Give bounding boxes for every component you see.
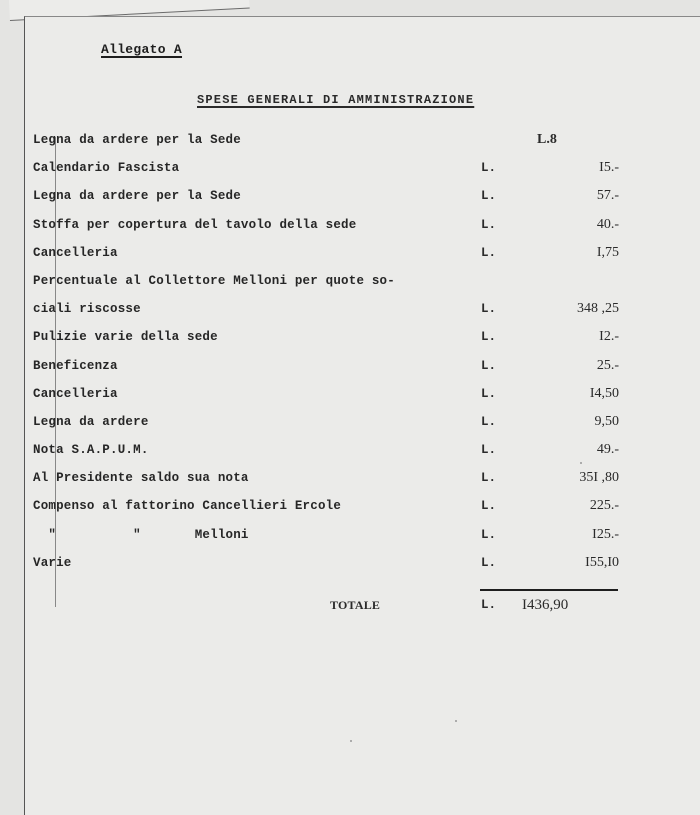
expense-currency: L. <box>481 300 496 318</box>
expense-description: Legna da ardere per la Sede <box>33 187 241 205</box>
expense-row: CancelleriaL.I,75 <box>33 244 673 272</box>
expense-currency: L. <box>481 554 496 572</box>
expense-currency: L. <box>481 187 496 205</box>
expense-amount: 225.- <box>523 497 619 515</box>
expense-amount: I2.- <box>523 328 619 346</box>
expense-description: Nota S.A.P.U.M. <box>33 441 149 459</box>
expense-row: ciali riscosseL.348 ,25 <box>33 300 673 328</box>
expense-description: Percentuale al Collettore Melloni per qu… <box>33 272 395 290</box>
expense-amount: 57.- <box>523 187 619 205</box>
expense-currency: L. <box>481 159 496 177</box>
expense-description: ciali riscosse <box>33 300 141 318</box>
expense-amount: 40.- <box>523 216 619 234</box>
expense-amount: I25.- <box>523 526 619 544</box>
expense-amount: 9,50 <box>523 413 619 431</box>
expense-description: Legna da ardere per la Sede <box>33 131 241 149</box>
expense-row: Legna da ardereL.9,50 <box>33 413 673 441</box>
annex-label: Allegato A <box>101 42 182 57</box>
paper-speck <box>580 462 582 464</box>
expense-amount: I55,I0 <box>523 554 619 572</box>
expense-description: Varie <box>33 554 72 572</box>
expense-row: Legna da ardere per la SedeL.8 <box>33 131 673 159</box>
paper-speck <box>350 740 352 742</box>
paper-speck <box>455 720 457 722</box>
expense-description: Legna da ardere <box>33 413 149 431</box>
expense-row: CancelleriaL.I4,50 <box>33 385 673 413</box>
expense-description: Stoffa per copertura del tavolo della se… <box>33 216 356 234</box>
expense-currency: L. <box>481 469 496 487</box>
expense-description: Cancelleria <box>33 244 118 262</box>
expense-currency: L. <box>481 526 496 544</box>
expense-currency: L. <box>481 328 496 346</box>
expense-amount: 49.- <box>523 441 619 459</box>
expense-description: Pulizie varie della sede <box>33 328 218 346</box>
expense-row: Stoffa per copertura del tavolo della se… <box>33 216 673 244</box>
expense-amount: 25.- <box>523 357 619 375</box>
expense-amount: L.8 <box>537 131 557 149</box>
expense-amount: I4,50 <box>523 385 619 403</box>
expense-currency: L. <box>481 413 496 431</box>
expense-description: Calendario Fascista <box>33 159 179 177</box>
expense-row: " " MelloniL.I25.- <box>33 526 673 554</box>
expense-description: Beneficenza <box>33 357 118 375</box>
expense-row: Legna da ardere per la SedeL.57.- <box>33 187 673 215</box>
expense-currency: L. <box>481 385 496 403</box>
expense-description: Al Presidente saldo sua nota <box>33 469 249 487</box>
expense-currency: L. <box>481 216 496 234</box>
expense-currency: L. <box>481 357 496 375</box>
expense-currency: L. <box>481 244 496 262</box>
expense-amount: 348 ,25 <box>523 300 619 318</box>
total-amount: I436,90 <box>522 597 568 614</box>
expense-amount: I,75 <box>523 244 619 262</box>
expense-description: Cancelleria <box>33 385 118 403</box>
expense-row: VarieL.I55,I0 <box>33 554 673 582</box>
expense-row: BeneficenzaL.25.- <box>33 357 673 385</box>
expense-currency: L. <box>481 441 496 459</box>
expense-amount: 35I ,80 <box>523 469 619 487</box>
total-label: TOTALE <box>330 598 380 613</box>
total-currency: L. <box>481 598 496 612</box>
expense-row: Nota S.A.P.U.M.L.49.- <box>33 441 673 469</box>
expense-row: Al Presidente saldo sua notaL.35I ,80 <box>33 469 673 497</box>
expense-description: " " Melloni <box>33 526 249 544</box>
total-rule <box>480 589 618 591</box>
expense-amount: I5.- <box>523 159 619 177</box>
expense-row: Pulizie varie della sedeL.I2.- <box>33 328 673 356</box>
expense-description: Compenso al fattorino Cancellieri Ercole <box>33 497 341 515</box>
expense-currency: L. <box>481 497 496 515</box>
expense-row: Calendario FascistaL.I5.- <box>33 159 673 187</box>
expense-list: Legna da ardere per la SedeL.8Calendario… <box>33 131 673 582</box>
document-title: SPESE GENERALI DI AMMINISTRAZIONE <box>197 93 474 107</box>
expense-row: Compenso al fattorino Cancellieri Ercole… <box>33 497 673 525</box>
expense-row: Percentuale al Collettore Melloni per qu… <box>33 272 673 300</box>
